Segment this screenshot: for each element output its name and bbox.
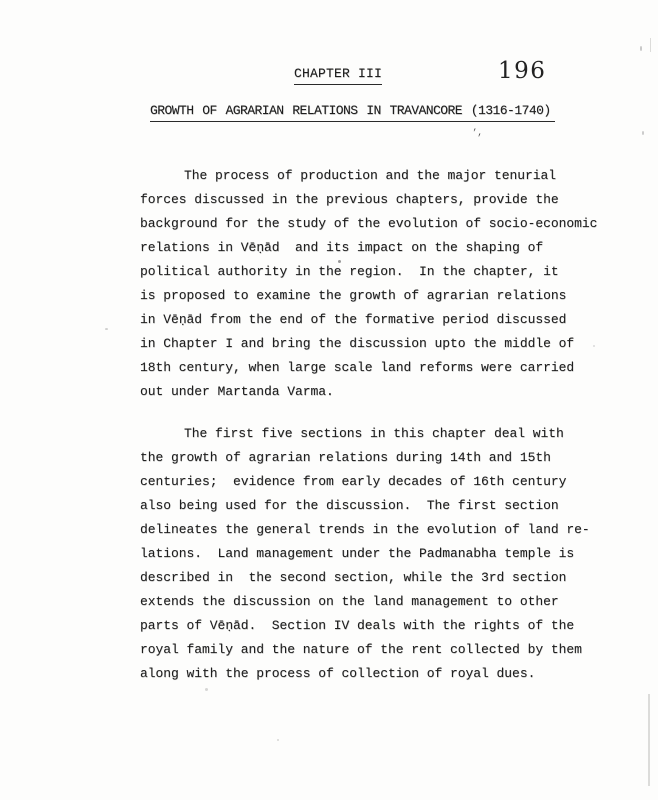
- scan-edge-line: [650, 38, 651, 52]
- text-line: The process of production and the major …: [140, 164, 630, 188]
- text-line: described in the second section, while t…: [140, 566, 630, 590]
- scan-speck: [105, 328, 108, 330]
- document-title: GROWTH OF AGRARIAN RELATIONS IN TRAVANCO…: [150, 103, 555, 122]
- text-line: forces discussed in the previous chapter…: [140, 188, 630, 212]
- scan-speck: [205, 688, 208, 691]
- text-line: in Chapter I and bring the discussion up…: [140, 332, 630, 356]
- text-line: lations. Land management under the Padma…: [140, 542, 630, 566]
- text-line: background for the study of the evolutio…: [140, 212, 630, 236]
- scan-tick-artifact: ’,: [472, 128, 483, 138]
- scan-speck: [642, 131, 644, 135]
- paragraph-1: The process of production and the major …: [140, 164, 630, 404]
- text-line: out under Martanda Varma.: [140, 380, 630, 404]
- text-line: parts of Vēṇād. Section IV deals with th…: [140, 614, 630, 638]
- text-line: 18th century, when large scale land refo…: [140, 356, 630, 380]
- scan-speck: [338, 260, 341, 263]
- text-line: the growth of agrarian relations during …: [140, 446, 630, 470]
- text-line: royal family and the nature of the rent …: [140, 638, 630, 662]
- chapter-heading: CHAPTER III: [294, 66, 382, 85]
- text-line: delineates the general trends in the evo…: [140, 518, 630, 542]
- scan-edge-line: [648, 694, 650, 786]
- body-text: The process of production and the major …: [140, 164, 630, 686]
- text-line: is proposed to examine the growth of agr…: [140, 284, 630, 308]
- text-line: centuries; evidence from early decades o…: [140, 470, 630, 494]
- text-line: along with the process of collection of …: [140, 662, 630, 686]
- page-number: 196: [498, 58, 546, 84]
- text-line: political authority in the region. In th…: [140, 260, 630, 284]
- text-line: extends the discussion on the land manag…: [140, 590, 630, 614]
- paragraph-2: The first five sections in this chapter …: [140, 422, 630, 686]
- text-line: The first five sections in this chapter …: [140, 422, 630, 446]
- scan-speck: [640, 46, 642, 51]
- scan-speck: [593, 345, 595, 347]
- document-page: CHAPTER III 196 GROWTH OF AGRARIAN RELAT…: [0, 0, 658, 800]
- scan-speck: [277, 739, 279, 741]
- text-line: relations in Vēṇād and its impact on the…: [140, 236, 630, 260]
- text-line: also being used for the discussion. The …: [140, 494, 630, 518]
- text-line: in Vēṇād from the end of the formative p…: [140, 308, 630, 332]
